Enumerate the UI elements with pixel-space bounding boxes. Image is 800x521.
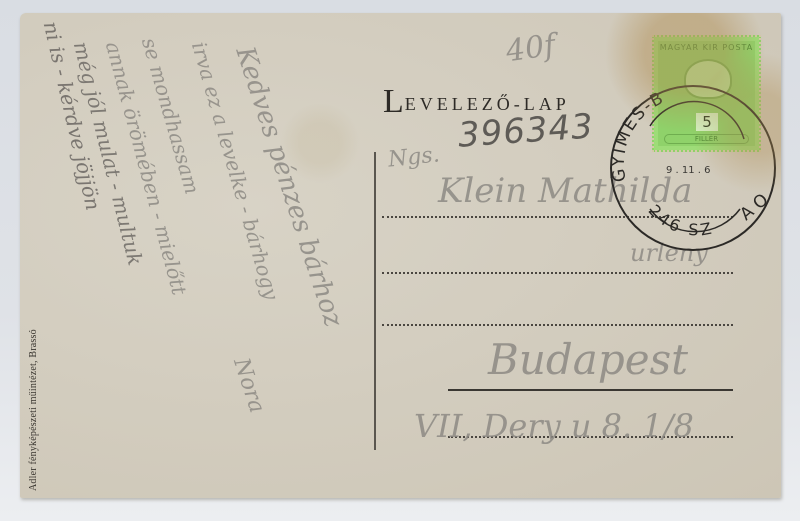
address-city: Budapest: [488, 335, 688, 384]
publisher-imprint: Adler fényképészeti műintézet, Brassó: [28, 329, 39, 491]
address-line-3: [382, 324, 733, 326]
stamp-country: MAGYAR KIR POSTA: [654, 43, 759, 52]
postmark-top-text: GYIMES-B: [609, 88, 669, 184]
postmark-bottom-text: 246 SZ: [645, 201, 716, 240]
title-initial: L: [383, 83, 404, 120]
address-street: VII, Dery u 8. 1/8: [414, 407, 694, 445]
address-salutation: Ngs.: [387, 142, 441, 172]
postmark: GYIMES-B 246 SZ A O 9 . 11 . 6: [606, 81, 780, 255]
address-city-underline: [448, 389, 733, 391]
center-divider: [374, 152, 376, 450]
postmark-side-text: A O: [736, 190, 772, 225]
svg-text:GYIMES-B: GYIMES-B: [609, 88, 669, 184]
address-line-2: [382, 272, 733, 274]
postmark-circle-icon: GYIMES-B 246 SZ A O 9 . 11 . 6: [606, 81, 780, 255]
postcard: Adler fényképészeti műintézet, Brassó Ke…: [20, 13, 781, 498]
svg-text:246 SZ: 246 SZ: [645, 201, 716, 240]
postmark-date: 9 . 11 . 6: [666, 165, 711, 176]
pencil-price: 40f: [504, 28, 558, 70]
message-signature: Nora: [228, 355, 269, 416]
inventory-number: 396343: [457, 106, 595, 155]
